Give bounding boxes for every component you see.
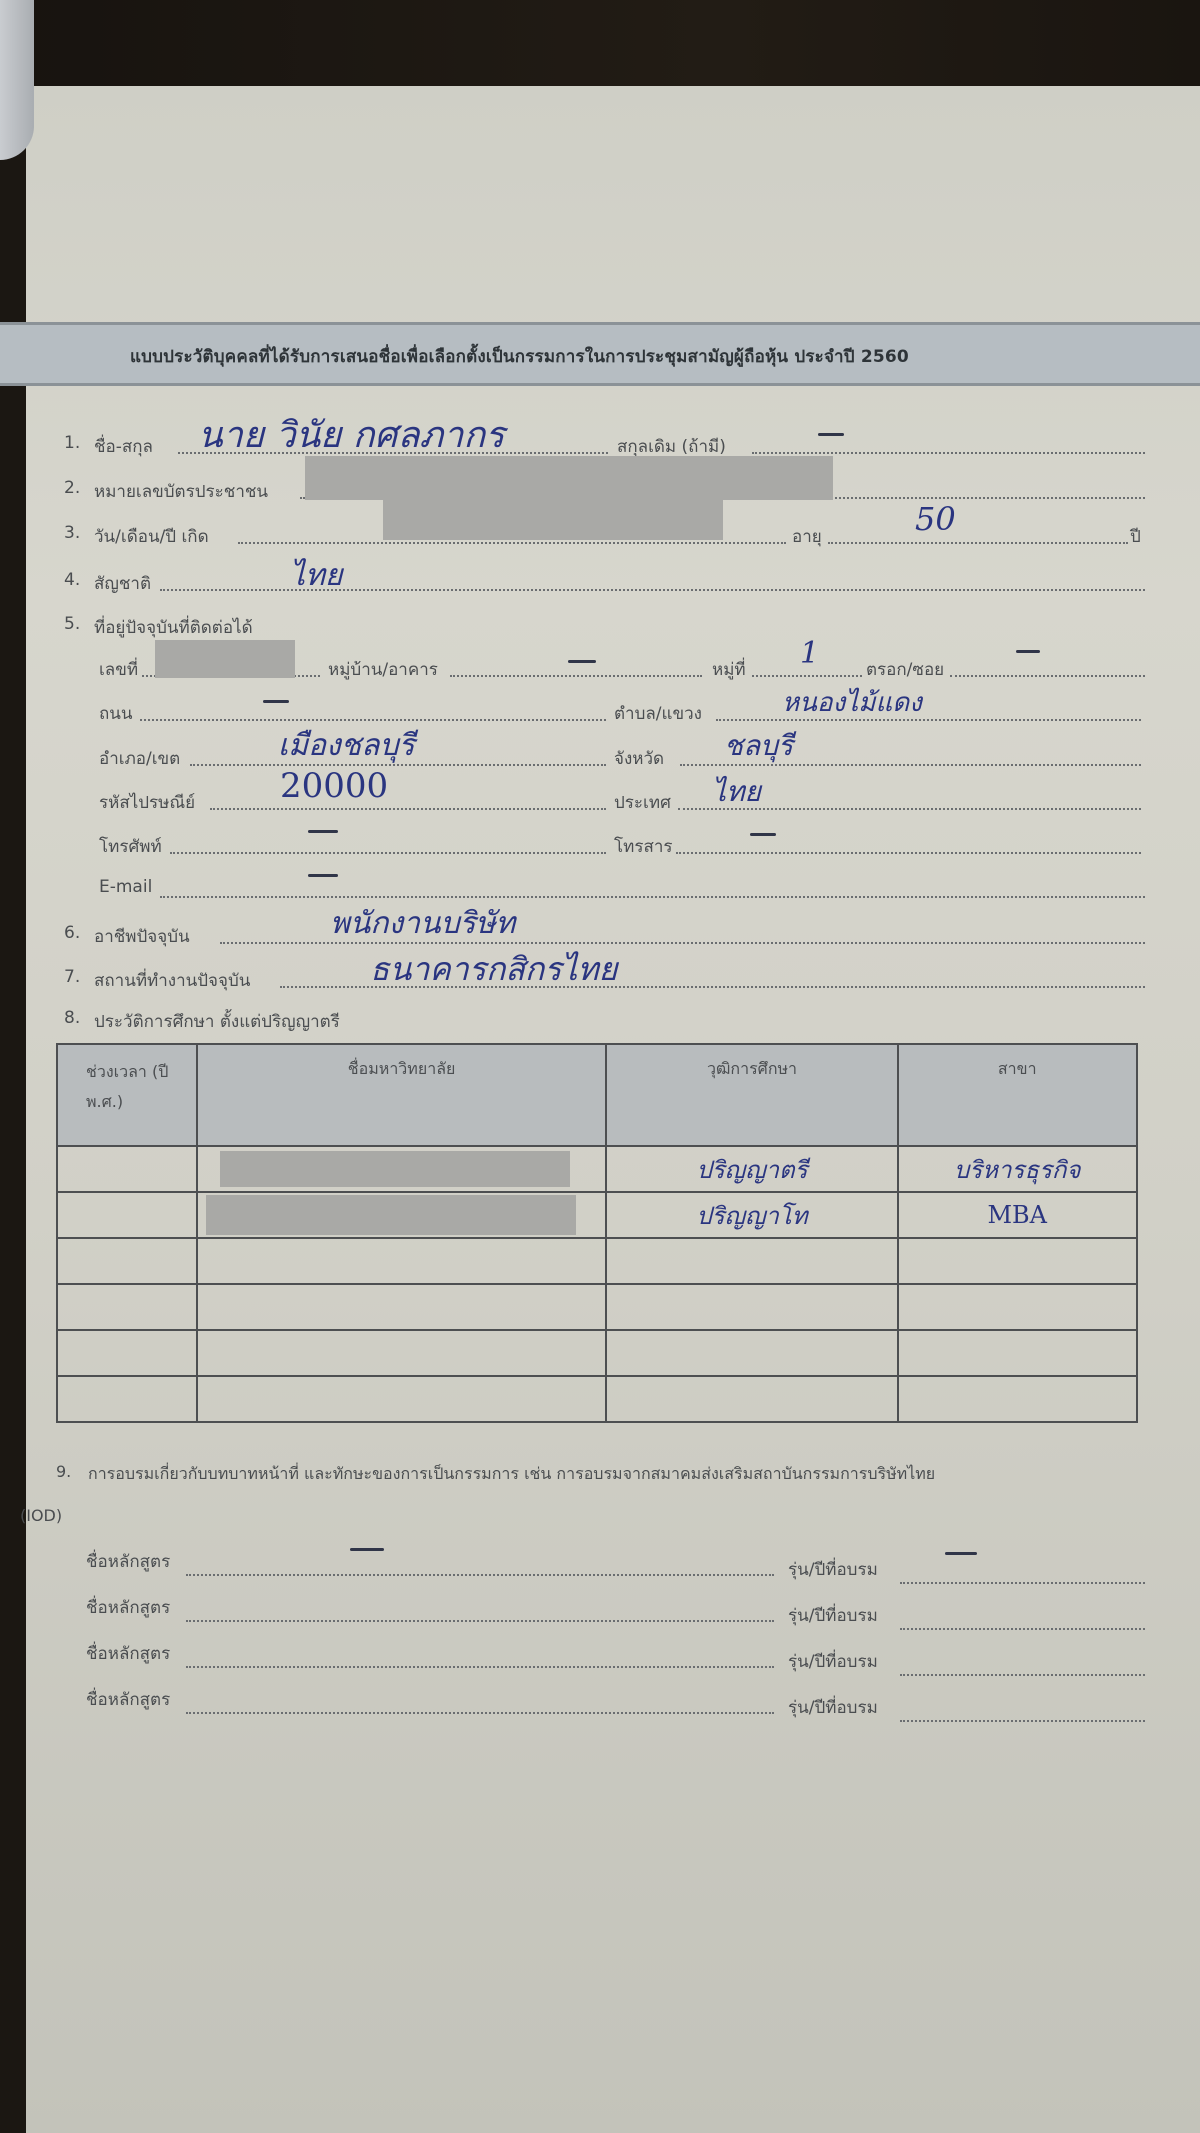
fax-label: โทรสาร: [614, 833, 673, 860]
village-line: [450, 675, 702, 677]
table-row: [57, 1376, 1137, 1422]
postcode-line: [210, 808, 606, 810]
degree-cell[interactable]: ปริญญาโท: [606, 1192, 897, 1238]
degree-cell[interactable]: [606, 1284, 897, 1330]
major-cell[interactable]: บริหารธุรกิจ: [898, 1146, 1138, 1192]
period-cell[interactable]: [57, 1192, 197, 1238]
field-3-label: วัน/เดือน/ปี เกิด: [94, 523, 209, 550]
degree-cell[interactable]: [606, 1238, 897, 1284]
road-line: [140, 719, 606, 721]
country-value[interactable]: ไทย: [712, 770, 761, 814]
postcode-label: รหัสไปรษณีย์: [99, 789, 195, 816]
postcode-value[interactable]: 20000: [280, 766, 388, 806]
batch-value-dash[interactable]: [945, 1552, 977, 1555]
header-major: สาขา: [898, 1044, 1138, 1146]
age-line: [828, 542, 1128, 544]
field-3-number: 3.: [64, 523, 80, 543]
major-cell[interactable]: [898, 1238, 1138, 1284]
adjacent-page-edge: [0, 0, 34, 160]
course-label: ชื่อหลักสูตร: [86, 1686, 170, 1713]
course-line[interactable]: [186, 1712, 774, 1714]
major-cell[interactable]: [898, 1330, 1138, 1376]
form-title-banner: แบบประวัติบุคคลที่ได้รับการเสนอชื่อเพื่อ…: [0, 322, 1200, 386]
table-row: [57, 1284, 1137, 1330]
university-cell[interactable]: [197, 1284, 607, 1330]
university-cell[interactable]: [197, 1192, 607, 1238]
field-7-label: สถานที่ทำงานปัจจุบัน: [94, 967, 250, 994]
occupation-value[interactable]: พนักงานบริษัท: [330, 900, 515, 947]
field-1-sub-value-dash[interactable]: [818, 433, 844, 436]
province-label: จังหวัด: [614, 745, 664, 772]
batch-label: รุ่น/ปีที่อบรม: [788, 1648, 878, 1675]
country-label: ประเทศ: [614, 789, 671, 816]
phone-line: [170, 852, 606, 854]
batch-line[interactable]: [900, 1628, 1145, 1630]
field-7-number: 7.: [64, 967, 80, 987]
field-1-sub-line: [752, 452, 1145, 454]
moo-label: หมู่ที่: [712, 656, 746, 683]
batch-line[interactable]: [900, 1674, 1145, 1676]
field-1-number: 1.: [64, 433, 80, 453]
period-cell[interactable]: [57, 1376, 197, 1422]
email-label: E-mail: [99, 877, 152, 897]
fax-line: [676, 852, 1141, 854]
age-unit: ปี: [1130, 523, 1141, 550]
period-cell[interactable]: [57, 1146, 197, 1192]
field-8-label: ประวัติการศึกษา ตั้งแต่ปริญญาตรี: [94, 1008, 340, 1035]
email-value-dash[interactable]: [308, 874, 338, 877]
moo-line: [752, 675, 862, 677]
header-period: ช่วงเวลา (ปี พ.ศ.): [57, 1044, 197, 1146]
university-cell[interactable]: [197, 1146, 607, 1192]
workplace-value[interactable]: ธนาคารกสิกรไทย: [370, 944, 617, 995]
age-value[interactable]: 50: [915, 500, 956, 538]
degree-cell[interactable]: [606, 1376, 897, 1422]
field-6-number: 6.: [64, 923, 80, 943]
age-label: อายุ: [792, 523, 822, 550]
course-line[interactable]: [186, 1620, 774, 1622]
course-line[interactable]: [186, 1574, 774, 1576]
field-4-number: 4.: [64, 570, 80, 590]
form-title: แบบประวัติบุคคลที่ได้รับการเสนอชื่อเพื่อ…: [130, 343, 909, 370]
batch-label: รุ่น/ปีที่อบรม: [788, 1556, 878, 1583]
id-number-redaction: [305, 456, 833, 500]
table-row: ปริญญาโท MBA: [57, 1192, 1137, 1238]
field-8-number: 8.: [64, 1008, 80, 1028]
phone-value-dash[interactable]: [308, 830, 338, 833]
batch-line[interactable]: [900, 1582, 1145, 1584]
section-9-label-cont: (IOD): [20, 1506, 62, 1525]
major-cell[interactable]: [898, 1376, 1138, 1422]
field-5-number: 5.: [64, 614, 80, 634]
university-cell[interactable]: [197, 1238, 607, 1284]
subdistrict-value[interactable]: หนองไม้แดง: [782, 682, 922, 723]
village-label: หมู่บ้าน/อาคาร: [328, 656, 438, 683]
phone-label: โทรศัพท์: [99, 833, 162, 860]
course-label: ชื่อหลักสูตร: [86, 1548, 170, 1575]
header-university: ชื่อมหาวิทยาลัย: [197, 1044, 607, 1146]
education-table: ช่วงเวลา (ปี พ.ศ.) ชื่อมหาวิทยาลัย วุฒิก…: [56, 1043, 1138, 1423]
field-5-label: ที่อยู่ปัจจุบันที่ติดต่อได้: [94, 614, 253, 641]
subdistrict-label: ตำบล/แขวง: [614, 700, 702, 727]
university-cell[interactable]: [197, 1376, 607, 1422]
degree-cell[interactable]: [606, 1330, 897, 1376]
section-9-number: 9.: [56, 1462, 71, 1481]
major-cell[interactable]: MBA: [898, 1192, 1138, 1238]
birthdate-redaction: [383, 498, 723, 540]
course-label: ชื่อหลักสูตร: [86, 1640, 170, 1667]
province-value[interactable]: ชลบุรี: [724, 724, 793, 768]
house-no-label: เลขที่: [99, 656, 138, 683]
table-row: ปริญญาตรี บริหารธุรกิจ: [57, 1146, 1137, 1192]
field-2-number: 2.: [64, 478, 80, 498]
university-cell[interactable]: [197, 1330, 607, 1376]
soi-value-dash[interactable]: [1016, 650, 1040, 653]
education-table-header: ช่วงเวลา (ปี พ.ศ.) ชื่อมหาวิทยาลัย วุฒิก…: [57, 1044, 1137, 1146]
moo-value[interactable]: 1: [800, 636, 819, 671]
field-4-label: สัญชาติ: [94, 570, 151, 597]
major-cell[interactable]: [898, 1284, 1138, 1330]
fax-value-dash[interactable]: [750, 833, 776, 836]
photo-background: [0, 0, 1200, 88]
road-label: ถนน: [99, 700, 133, 727]
batch-label: รุ่น/ปีที่อบรม: [788, 1602, 878, 1629]
degree-cell[interactable]: ปริญญาตรี: [606, 1146, 897, 1192]
village-value-dash[interactable]: [568, 660, 596, 663]
nationality-value[interactable]: ไทย: [290, 552, 342, 599]
period-cell[interactable]: [57, 1284, 197, 1330]
district-label: อำเภอ/เขต: [99, 745, 180, 772]
subdistrict-line: [716, 719, 1141, 721]
soi-line: [950, 675, 1145, 677]
section-9-label: การอบรมเกี่ยวกับบทบาทหน้าที่ และทักษะของ…: [88, 1462, 935, 1487]
email-line: [160, 896, 1145, 898]
header-degree: วุฒิการศึกษา: [606, 1044, 897, 1146]
field-3-line: [238, 542, 786, 544]
period-cell[interactable]: [57, 1238, 197, 1284]
field-6-label: อาชีพปัจจุบัน: [94, 923, 190, 950]
course-label: ชื่อหลักสูตร: [86, 1594, 170, 1621]
district-value[interactable]: เมืองชลบุรี: [278, 722, 415, 769]
course-value-dash[interactable]: [350, 1548, 384, 1551]
batch-label: รุ่น/ปีที่อบรม: [788, 1694, 878, 1721]
field-1-name-value[interactable]: นาย วินัย กศลภากร: [198, 406, 505, 463]
table-row: [57, 1238, 1137, 1284]
field-1-label: ชื่อ-สกุล: [94, 433, 153, 460]
period-cell[interactable]: [57, 1330, 197, 1376]
course-line[interactable]: [186, 1666, 774, 1668]
field-2-label: หมายเลขบัตรประชาชน: [94, 478, 268, 505]
road-value-dash[interactable]: [263, 700, 289, 703]
house-no-redaction: [155, 640, 295, 678]
table-row: [57, 1330, 1137, 1376]
soi-label: ตรอก/ซอย: [866, 656, 944, 683]
batch-line[interactable]: [900, 1720, 1145, 1722]
